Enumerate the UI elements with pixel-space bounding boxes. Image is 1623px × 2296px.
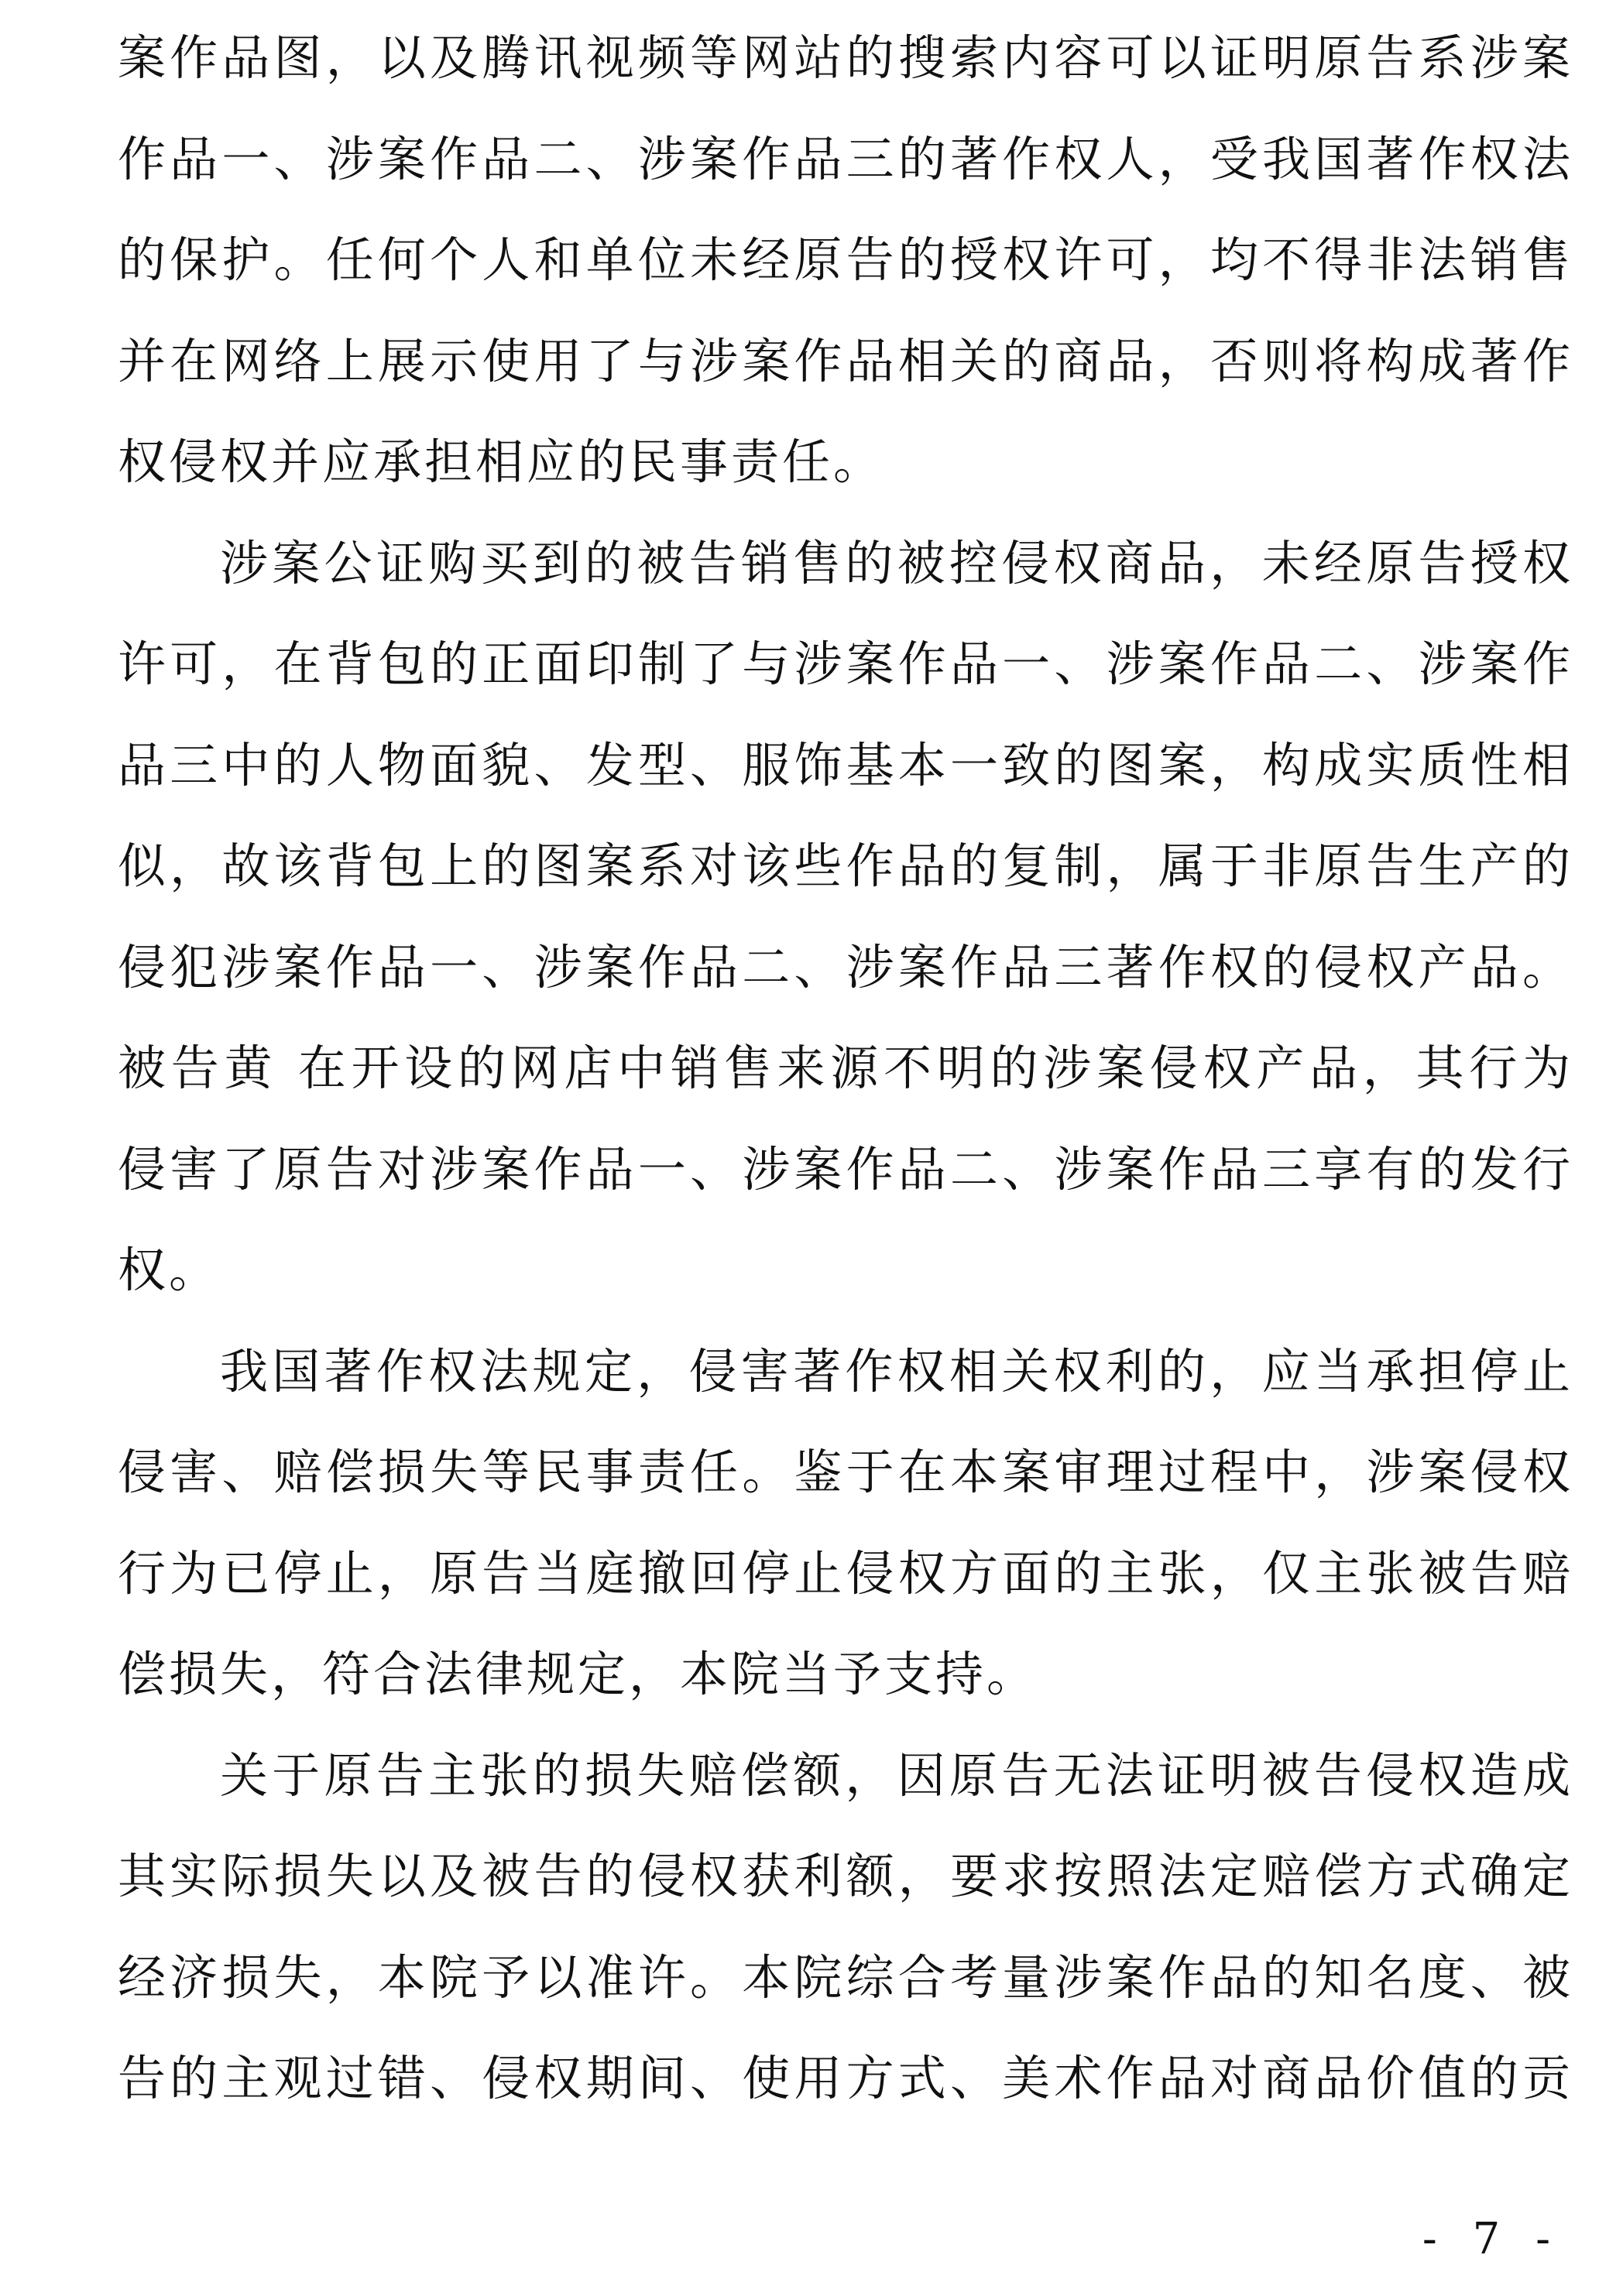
page-number: - 7 - — [1422, 2214, 1561, 2264]
text-line: 案作品图，以及腾讯视频等网站的搜索内容可以证明原告系涉案 — [118, 8, 1573, 109]
document-page: 案作品图，以及腾讯视频等网站的搜索内容可以证明原告系涉案 作品一、涉案作品二、涉… — [118, 8, 1573, 2130]
text-line: 并在网络上展示使用了与涉案作品相关的商品，否则将构成著作 — [118, 311, 1573, 413]
text-line: 侵犯涉案作品一、涉案作品二、涉案作品三著作权的侵权产品。 — [118, 917, 1573, 1019]
paragraph-start-line: 关于原告主张的损失赔偿额，因原告无法证明被告侵权造成 — [118, 1725, 1573, 1827]
text-line-redacted-name: 被告黄 在开设的网店中销售来源不明的涉案侵权产品，其行为 — [118, 1018, 1573, 1119]
text-line: 许可，在背包的正面印制了与涉案作品一、涉案作品二、涉案作 — [118, 614, 1573, 715]
text-line: 作品一、涉案作品二、涉案作品三的著作权人，受我国著作权法 — [118, 109, 1573, 211]
text-line: 行为已停止，原告当庭撤回停止侵权方面的主张，仅主张被告赔 — [118, 1523, 1573, 1625]
text-line: 权侵权并应承担相应的民事责任。 — [118, 412, 1573, 513]
text-line: 其实际损失以及被告的侵权获利额，要求按照法定赔偿方式确定 — [118, 1826, 1573, 1928]
text-line: 侵害、赔偿损失等民事责任。鉴于在本案审理过程中，涉案侵权 — [118, 1422, 1573, 1523]
paragraph-start-line: 我国著作权法规定，侵害著作权相关权利的，应当承担停止 — [118, 1321, 1573, 1423]
text-line: 偿损失，符合法律规定，本院当予支持。 — [118, 1624, 1573, 1725]
text-line: 经济损失，本院予以准许。本院综合考量涉案作品的知名度、被 — [118, 1928, 1573, 2029]
text-line: 似，故该背包上的图案系对该些作品的复制，属于非原告生产的 — [118, 816, 1573, 917]
text-line: 告的主观过错、侵权期间、使用方式、美术作品对商品价值的贡 — [118, 2028, 1573, 2130]
text-line: 侵害了原告对涉案作品一、涉案作品二、涉案作品三享有的发行 — [118, 1119, 1573, 1221]
text-line: 品三中的人物面貌、发型、服饰基本一致的图案，构成实质性相 — [118, 715, 1573, 817]
paragraph-start-line: 涉案公证购买到的被告销售的被控侵权商品，未经原告授权 — [118, 513, 1573, 615]
text-line: 权。 — [118, 1220, 1573, 1321]
text-line: 的保护。任何个人和单位未经原告的授权许可，均不得非法销售 — [118, 210, 1573, 311]
